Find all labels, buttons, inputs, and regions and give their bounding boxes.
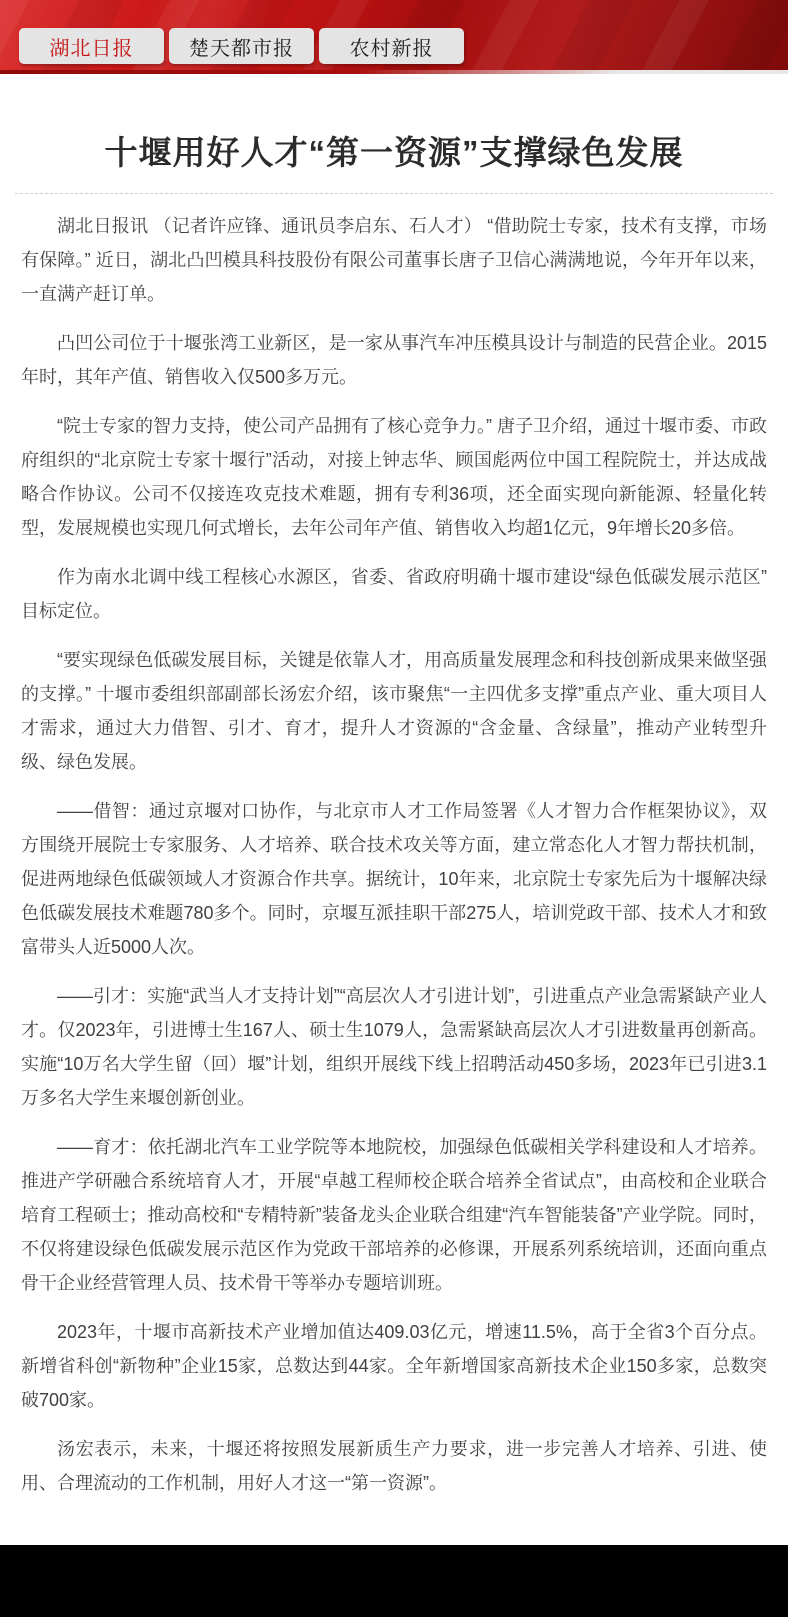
article-paragraph: “院士专家的智力支持，使公司产品拥有了核心竞争力。” 唐子卫介绍，通过十堰市委、… — [21, 409, 767, 545]
article-paragraph: ——育才：依托湖北汽车工业学院等本地院校，加强绿色低碳相关学科建设和人才培养。推… — [21, 1130, 767, 1300]
site-header: 湖北日报 楚天都市报 农村新报 — [0, 0, 788, 74]
article-paragraph: 汤宏表示，未来，十堰还将按照发展新质生产力要求，进一步完善人才培养、引进、使用、… — [21, 1432, 767, 1500]
article-paragraph: 湖北日报讯 （记者许应锋、通讯员李启东、石人才） “借助院士专家，技术有支撑，市… — [21, 209, 767, 311]
tab-rural-news[interactable]: 农村新报 — [319, 28, 464, 64]
page: 湖北日报 楚天都市报 农村新报 十堰用好人才“第一资源”支撑绿色发展 湖北日报讯… — [0, 0, 788, 1617]
title-divider — [15, 193, 773, 194]
article-paragraph: ——借智：通过京堰对口协作，与北京市人才工作局签署《人才智力合作框架协议》，双方… — [21, 794, 767, 964]
newspaper-tab-bar: 湖北日报 楚天都市报 农村新报 — [19, 28, 464, 64]
tab-hubei-daily[interactable]: 湖北日报 — [19, 28, 164, 64]
article-title: 十堰用好人才“第一资源”支撑绿色发展 — [21, 130, 767, 176]
tab-chutian-metropolis-daily[interactable]: 楚天都市报 — [169, 28, 314, 64]
article-area: 十堰用好人才“第一资源”支撑绿色发展 湖北日报讯 （记者许应锋、通讯员李启东、石… — [0, 74, 788, 1545]
footer-bar — [0, 1545, 788, 1617]
article-paragraph: ——引才：实施“武当人才支持计划”“高层次人才引进计划”，引进重点产业急需紧缺产… — [21, 979, 767, 1115]
article-paragraph: 2023年，十堰市高新技术产业增加值达409.03亿元，增速11.5%，高于全省… — [21, 1315, 767, 1417]
article-body: 湖北日报讯 （记者许应锋、通讯员李启东、石人才） “借助院士专家，技术有支撑，市… — [21, 209, 767, 1500]
article-paragraph: 作为南水北调中线工程核心水源区，省委、省政府明确十堰市建设“绿色低碳发展示范区”… — [21, 560, 767, 628]
article-paragraph: “要实现绿色低碳发展目标，关键是依靠人才，用高质量发展理念和科技创新成果来做坚强… — [21, 643, 767, 779]
article-paragraph: 凸凹公司位于十堰张湾工业新区，是一家从事汽车冲压模具设计与制造的民营企业。201… — [21, 326, 767, 394]
